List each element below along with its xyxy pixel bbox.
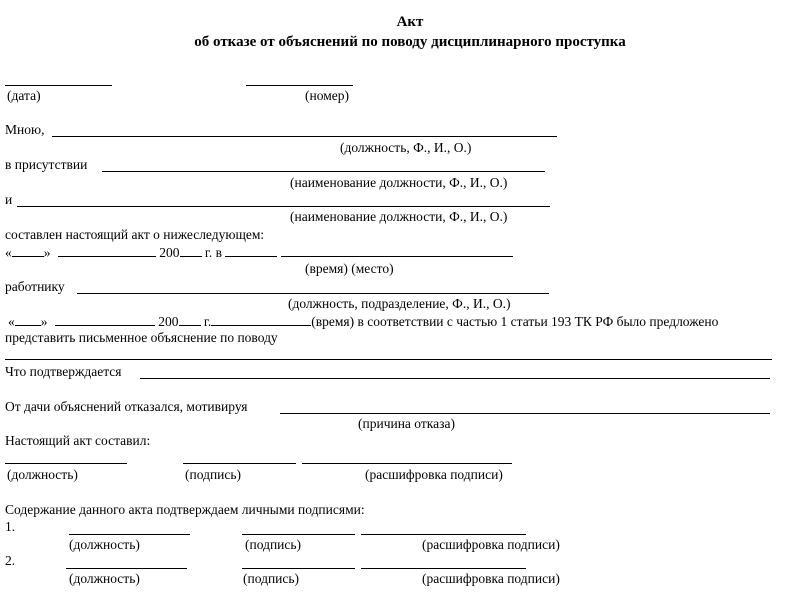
number-field[interactable] [246, 85, 353, 86]
employee-field[interactable] [77, 293, 549, 294]
and-label: и [5, 192, 12, 208]
year-field-2[interactable] [179, 313, 201, 326]
place-field[interactable] [281, 244, 513, 257]
composer-decoding-field[interactable] [302, 463, 512, 464]
explanation-field[interactable] [5, 359, 772, 360]
refused-field[interactable] [280, 413, 770, 414]
composed-text: составлен настоящий акт о нижеследующем: [5, 227, 264, 243]
witness-2-decoding-field[interactable] [361, 568, 526, 569]
witness-2-decoding-caption: (расшифровка подписи) [422, 571, 560, 587]
month-field-2[interactable] [55, 313, 155, 326]
and-field[interactable] [17, 206, 550, 207]
confirm-signatures-text: Содержание данного акта подтверждаем лич… [5, 502, 365, 518]
document-subtitle: об отказе от объяснений по поводу дисцип… [0, 34, 794, 50]
time-field[interactable] [225, 244, 277, 257]
date-row-2: «» 200 г.(время) в соответствии с частью… [8, 313, 718, 330]
witness-1-position-caption: (должность) [69, 537, 140, 553]
witness-2-position-caption: (должность) [69, 571, 140, 587]
document-title: Акт [0, 14, 794, 30]
date-field[interactable] [5, 85, 112, 86]
date-row-1: «» 200 г. в [5, 244, 513, 261]
confirmed-label: Что подтверждается [5, 364, 121, 380]
witness-2-signature-caption: (подпись) [243, 571, 299, 587]
composer-position-field[interactable] [5, 463, 127, 464]
by-me-label: Мною, [5, 122, 44, 138]
witness-1-decoding-field[interactable] [361, 534, 526, 535]
time-field-2[interactable] [211, 313, 311, 326]
composed-by-label: Настоящий акт составил: [5, 433, 150, 449]
composer-decoding-caption: (расшифровка подписи) [365, 467, 503, 483]
witness-1-decoding-caption: (расшифровка подписи) [422, 537, 560, 553]
composer-signature-field[interactable] [183, 463, 296, 464]
composer-position-caption: (должность) [7, 467, 78, 483]
presence-label: в присутствии [5, 157, 87, 173]
witness-2-number: 2. [5, 553, 15, 569]
by-me-caption: (должность, Ф., И., О.) [340, 140, 471, 156]
employee-caption: (должность, подразделение, Ф., И., О.) [288, 296, 510, 312]
month-field[interactable] [58, 244, 156, 257]
presence-field[interactable] [102, 171, 545, 172]
witness-1-signature-caption: (подпись) [245, 537, 301, 553]
composer-signature-caption: (подпись) [185, 467, 241, 483]
day-field[interactable] [12, 244, 44, 257]
refused-caption: (причина отказа) [358, 416, 455, 432]
time-place-caption: (время) (место) [305, 261, 394, 277]
day-field-2[interactable] [15, 313, 41, 326]
witness-2-position-field[interactable] [66, 568, 187, 569]
year-field[interactable] [180, 244, 202, 257]
confirmed-field[interactable] [140, 378, 770, 379]
explanation-text: представить письменное объяснение по пов… [5, 330, 278, 346]
refused-label: От дачи объяснений отказался, мотивируя [5, 399, 247, 415]
number-caption: (номер) [305, 88, 349, 104]
employee-label: работнику [5, 279, 65, 295]
witness-1-position-field[interactable] [69, 534, 190, 535]
date-caption: (дата) [7, 88, 41, 104]
witness-2-signature-field[interactable] [242, 568, 355, 569]
witness-1-signature-field[interactable] [242, 534, 355, 535]
presence-caption: (наименование должности, Ф., И., О.) [290, 175, 507, 191]
by-me-field[interactable] [52, 136, 557, 137]
and-caption: (наименование должности, Ф., И., О.) [290, 209, 507, 225]
witness-1-number: 1. [5, 519, 15, 535]
